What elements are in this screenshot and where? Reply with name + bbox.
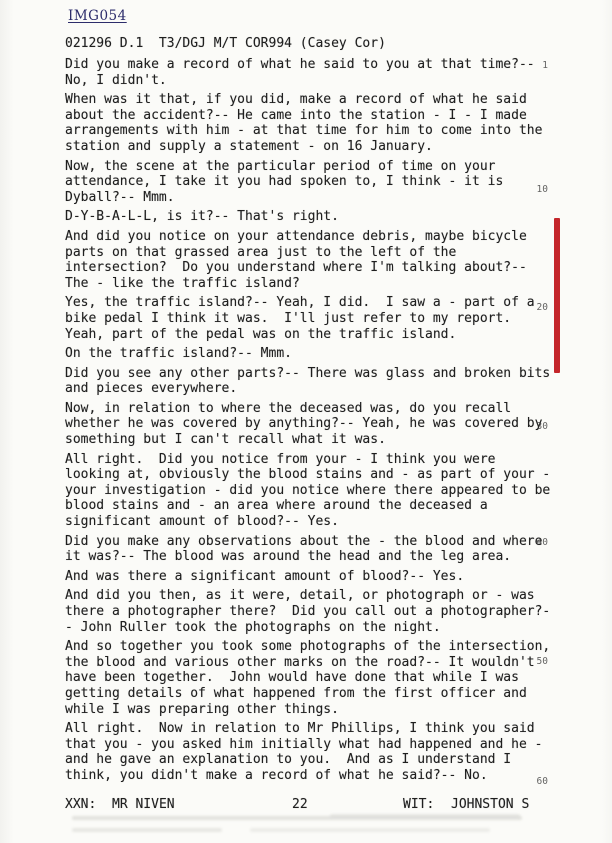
transcript-paragraph-10: All right. Did you notice from your - I … <box>65 452 567 530</box>
bleed-through-artifact <box>250 828 490 832</box>
transcript-paragraph-8: Did you see any other parts?-- There was… <box>65 366 567 397</box>
red-margin-marker <box>554 218 560 373</box>
transcript-paragraph-7: On the traffic island?-- Mmm. <box>65 346 567 362</box>
margin-line-number-40: 40 <box>528 537 548 548</box>
transcript-paragraph-14: And so together you took some photograph… <box>65 639 567 717</box>
margin-line-number-10: 10 <box>528 184 548 195</box>
examination-label: XXN: <box>65 797 96 812</box>
transcript-page: IMG054 021296 D.1 T3/DGJ M/T COR994 (Cas… <box>0 0 612 843</box>
transcript-paragraph-5: And did you notice on your attendance de… <box>65 229 567 291</box>
transcript-body: Did you make a record of what he said to… <box>65 57 567 788</box>
transcript-reference-line: 021296 D.1 T3/DGJ M/T COR994 (Casey Cor) <box>65 36 386 51</box>
transcript-paragraph-6: Yes, the traffic island?-- Yeah, I did. … <box>65 295 567 342</box>
examiner-name: MR NIVEN <box>112 797 175 812</box>
transcript-paragraph-9: Now, in relation to where the deceased w… <box>65 401 567 448</box>
transcript-paragraph-3: Now, the scene at the particular period … <box>65 159 567 206</box>
margin-line-number-30: 30 <box>528 421 548 432</box>
bleed-through-artifact <box>72 816 522 820</box>
transcript-paragraph-1: Did you make a record of what he said to… <box>65 57 567 88</box>
margin-line-number-1: 1 <box>528 60 548 71</box>
witness-label: WIT: <box>403 797 434 812</box>
transcript-paragraph-2: When was it that, if you did, make a rec… <box>65 92 567 154</box>
transcript-paragraph-13: And did you then, as it were, detail, or… <box>65 588 567 635</box>
bleed-through-artifact <box>72 828 222 832</box>
page-number: 22 <box>292 797 308 812</box>
margin-line-number-60: 60 <box>528 776 548 787</box>
transcript-paragraph-11: Did you make any observations about the … <box>65 534 567 565</box>
margin-line-number-20: 20 <box>528 302 548 313</box>
bleed-through-artifact <box>330 814 520 817</box>
transcript-paragraph-4: D-Y-B-A-L-L, is it?-- That's right. <box>65 209 567 225</box>
page-footer: XXN: MR NIVEN 22 WIT: JOHNSTON S <box>0 797 612 813</box>
transcript-paragraph-12: And was there a significant amount of bl… <box>65 569 567 585</box>
image-id-stamp: IMG054 <box>68 8 127 24</box>
margin-line-number-50: 50 <box>528 656 548 667</box>
transcript-paragraph-15: All right. Now in relation to Mr Phillip… <box>65 721 567 783</box>
witness-name: JOHNSTON S <box>451 797 529 812</box>
